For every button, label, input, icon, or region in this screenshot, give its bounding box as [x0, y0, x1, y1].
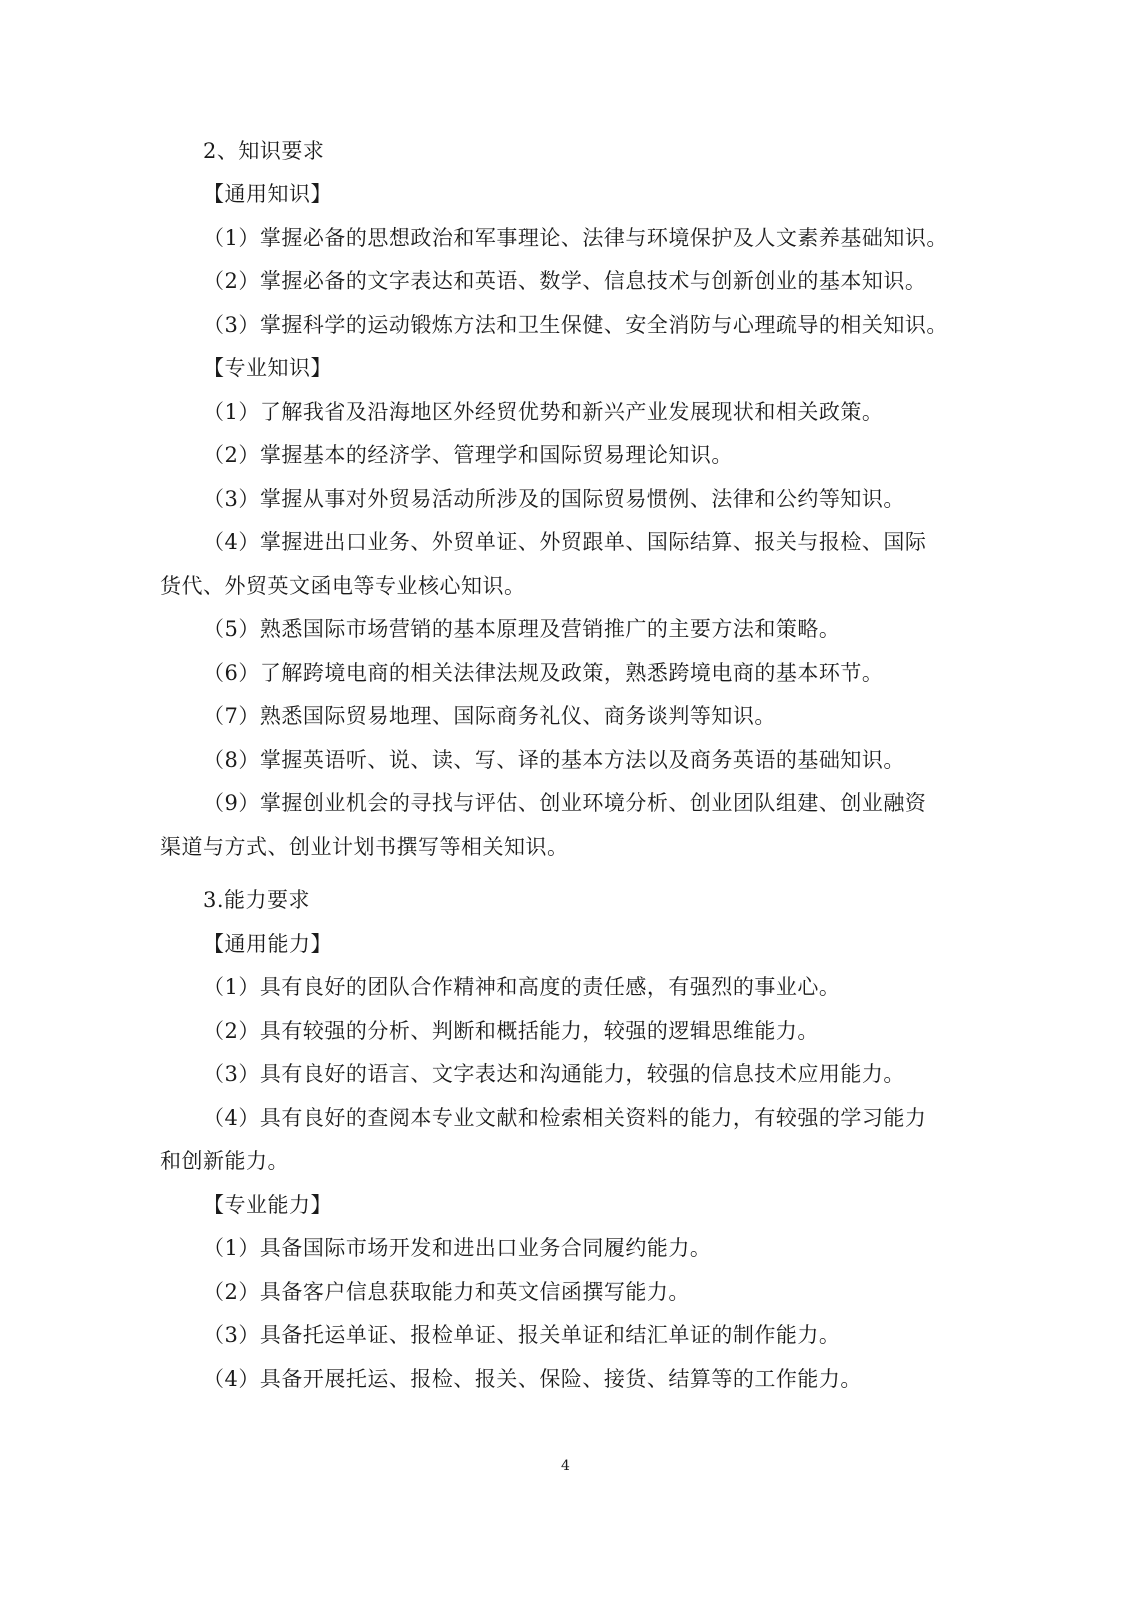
text-line: （8）掌握英语听、说、读、写、译的基本方法以及商务英语的基础知识。 — [203, 746, 905, 774]
text-line: （1）具备国际市场开发和进出口业务合同履约能力。 — [203, 1234, 711, 1262]
text-line: 渠道与方式、创业计划书撰写等相关知识。 — [160, 833, 569, 861]
text-line: （1）掌握必备的思想政治和军事理论、法律与环境保护及人文素养基础知识。 — [203, 224, 948, 252]
text-line: （7）熟悉国际贸易地理、国际商务礼仪、商务谈判等知识。 — [203, 702, 776, 730]
text-line: （9）掌握创业机会的寻找与评估、创业环境分析、创业团队组建、创业融资 — [203, 789, 926, 817]
text-line: （2）掌握必备的文字表达和英语、数学、信息技术与创新创业的基本知识。 — [203, 267, 926, 295]
text-line: （3）具有良好的语言、文字表达和沟通能力，较强的信息技术应用能力。 — [203, 1060, 905, 1088]
text-line: 2、知识要求 — [203, 137, 324, 165]
text-line: （2）具有较强的分析、判断和概括能力，较强的逻辑思维能力。 — [203, 1017, 819, 1045]
text-line: 货代、外贸英文函电等专业核心知识。 — [160, 572, 526, 600]
text-line: （3）具备托运单证、报检单证、报关单证和结汇单证的制作能力。 — [203, 1321, 840, 1349]
text-line: （6）了解跨境电商的相关法律法规及政策，熟悉跨境电商的基本环节。 — [203, 659, 883, 687]
text-line: （3）掌握科学的运动锻炼方法和卫生保健、安全消防与心理疏导的相关知识。 — [203, 311, 948, 339]
page-number: 4 — [0, 1458, 1131, 1474]
text-line: 【通用能力】 — [203, 930, 332, 958]
text-line: 【专业知识】 — [203, 354, 332, 382]
text-line: （2）掌握基本的经济学、管理学和国际贸易理论知识。 — [203, 441, 733, 469]
text-line: （4）具有良好的查阅本专业文献和检索相关资料的能力，有较强的学习能力 — [203, 1104, 926, 1132]
text-line: 【专业能力】 — [203, 1191, 332, 1219]
text-line: （1）具有良好的团队合作精神和高度的责任感，有强烈的事业心。 — [203, 973, 840, 1001]
text-line: 【通用知识】 — [203, 180, 332, 208]
text-line: （2）具备客户信息获取能力和英文信函撰写能力。 — [203, 1278, 690, 1306]
text-line: （4）掌握进出口业务、外贸单证、外贸跟单、国际结算、报关与报检、国际 — [203, 528, 926, 556]
text-line: （4）具备开展托运、报检、报关、保险、接货、结算等的工作能力。 — [203, 1365, 862, 1393]
text-line: 和创新能力。 — [160, 1147, 289, 1175]
text-line: （1）了解我省及沿海地区外经贸优势和新兴产业发展现状和相关政策。 — [203, 398, 883, 426]
text-line: 3.能力要求 — [203, 886, 310, 914]
text-line: （5）熟悉国际市场营销的基本原理及营销推广的主要方法和策略。 — [203, 615, 840, 643]
text-line: （3）掌握从事对外贸易活动所涉及的国际贸易惯例、法律和公约等知识。 — [203, 485, 905, 513]
